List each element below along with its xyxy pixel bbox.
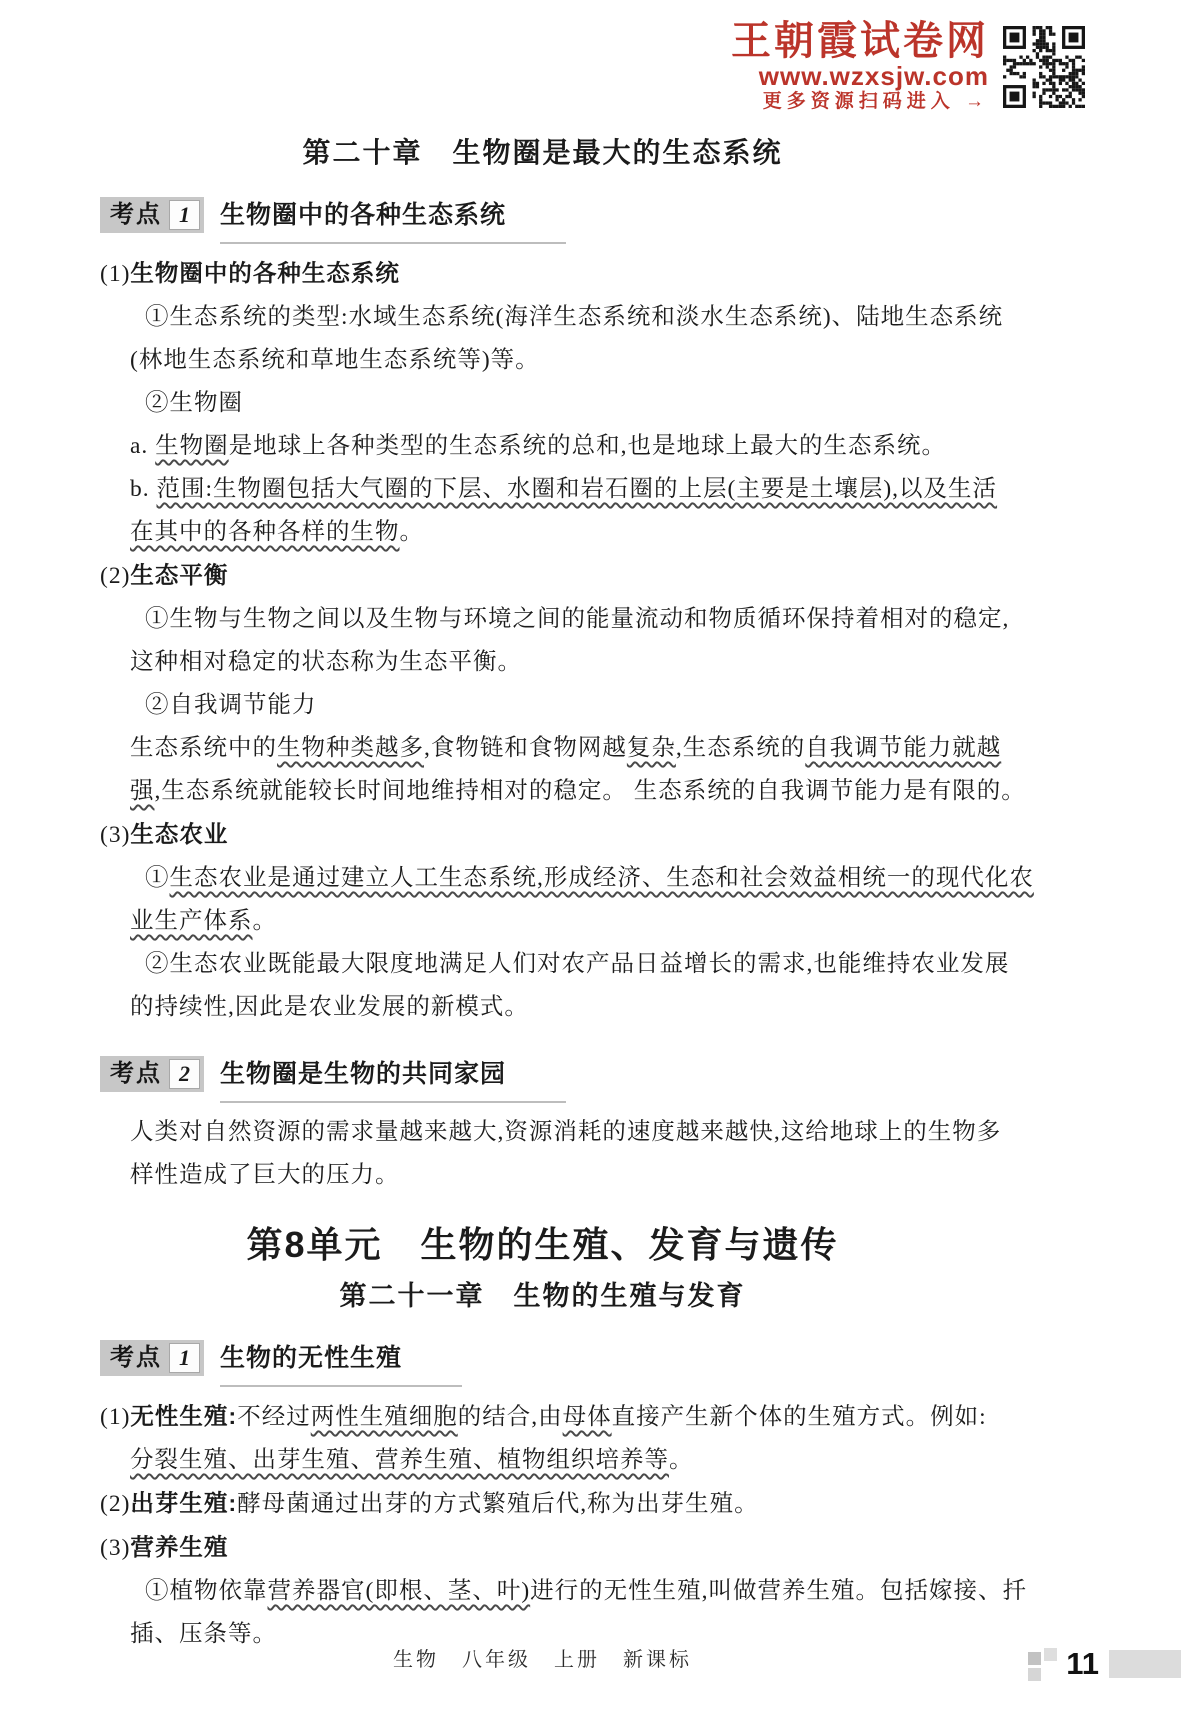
exam-point-badge: 考点1 [100, 1340, 204, 1376]
text-line: ②自我调节能力 [100, 684, 1085, 727]
exam-point-badge: 考点1 [100, 197, 204, 233]
text-segment: ②自我调节能力 [145, 692, 317, 718]
exam-point-number: 1 [169, 1343, 200, 1373]
text-segment: 。 [669, 1447, 694, 1473]
exam-point-badge: 考点2 [100, 1056, 204, 1092]
page-number-cluster: 11 [1028, 1646, 1181, 1682]
text-line: 分裂生殖、出芽生殖、营养生殖、植物组织培养等。 [100, 1439, 1085, 1482]
chapter-title: 第二十章 生物圈是最大的生态系统 [100, 136, 985, 170]
text-segment: ,食物链和食物网越 [424, 735, 627, 761]
exam-point-label: 考点 [110, 1059, 162, 1089]
corner-squares-deco [1028, 1648, 1060, 1680]
text-line: 样性造成了巨大的压力。 [100, 1154, 1085, 1197]
exam-point-number: 2 [169, 1059, 200, 1089]
text-segment: ① [145, 865, 170, 891]
text-line: ①生物与生物之间以及生物与环境之间的能量流动和物质循环保持着相对的稳定, [100, 598, 1085, 641]
exam-point-number: 1 [169, 200, 200, 230]
text-line: ②生物圈 [100, 382, 1085, 425]
text-segment: ①生态系统的类型:水域生态系统(海洋生态系统和淡水生态系统)、陆地生态系统 [145, 304, 1003, 330]
text-line: 生态系统中的生物种类越多,食物链和食物网越复杂,生态系统的自我调节能力就越 [100, 727, 1085, 770]
text-segment: 直接产生新个体的生殖方式。例如: [612, 1404, 987, 1430]
text-segment: 业生产体系 [130, 908, 253, 934]
exam-point-heading: 考点2生物圈是生物的共同家园 [100, 1055, 1085, 1103]
text-line: 这种相对稳定的状态称为生态平衡。 [100, 641, 1085, 684]
text-segment: ①植物依靠 [145, 1578, 268, 1604]
content: 第二十章 生物圈是最大的生态系统考点1生物圈中的各种生态系统(1)生物圈中的各种… [100, 136, 1085, 1656]
text-line: 在其中的各种各样的生物。 [100, 511, 1085, 554]
text-line: (3)营养生殖 [100, 1526, 1085, 1570]
text-segment: (林地生态系统和草地生态系统等)等。 [130, 347, 540, 373]
brand-block: 王朝霞试卷网 www.wzxsjw.com 更多资源扫码进入 → [731, 20, 989, 114]
text-line: 业生产体系。 [100, 900, 1085, 943]
text-line: (1)生物圈中的各种生态系统 [100, 252, 1085, 296]
text-segment: 生态平衡 [130, 562, 228, 588]
text-segment: 营养生殖 [130, 1534, 228, 1560]
text-segment: 。 [400, 519, 425, 545]
text-line: ①植物依靠营养器官(即根、茎、叶)进行的无性生殖,叫做营养生殖。包括嫁接、扦 [100, 1570, 1085, 1613]
text-segment: 无性生殖: [130, 1403, 237, 1429]
text-line: 的持续性,因此是农业发展的新模式。 [100, 986, 1085, 1029]
text-segment: 这种相对稳定的状态称为生态平衡。 [130, 649, 522, 675]
text-segment: 母体 [563, 1404, 612, 1430]
text-segment: 进行的无性生殖,叫做营养生殖。包括嫁接、扦 [530, 1578, 1027, 1604]
text-line: (2)生态平衡 [100, 554, 1085, 598]
text-line: (林地生态系统和草地生态系统等)等。 [100, 339, 1085, 382]
text-segment: 。 [253, 908, 278, 934]
text-segment: 不经过 [237, 1404, 311, 1430]
text-segment: 复杂 [627, 735, 676, 761]
text-segment: (2) [100, 1491, 130, 1517]
text-segment: ,生态系统就能较长时间地维持相对的稳定。 生态系统的自我调节能力是有限的。 [155, 778, 1026, 804]
text-segment: ②生态农业既能最大限度地满足人们对农产品日益增长的需求,也能维持农业发展 [145, 951, 1009, 977]
text-segment: 是地球上各种类型的生态系统的总和,也是地球上最大的生态系统。 [229, 433, 946, 459]
text-segment: 强 [130, 778, 155, 804]
exam-point-heading: 考点1生物圈中的各种生态系统 [100, 196, 1085, 244]
footer-book-info: 生物 八年级 上册 新课标 [100, 1643, 985, 1672]
text-segment: (1) [100, 261, 130, 287]
text-line: ①生态农业是通过建立人工生态系统,形成经济、生态和社会效益相统一的现代化农 [100, 857, 1085, 900]
text-segment: (3) [100, 822, 130, 848]
text-segment: 生物圈 [155, 433, 229, 459]
text-line: b. 范围:生物圈包括大气圈的下层、水圈和岩石圈的上层(主要是土壤层),以及生活 [100, 468, 1085, 511]
text-segment: 范围:生物圈包括大气圈的下层、水圈和岩石圈的上层(主要是土壤层),以及生活 [157, 476, 998, 502]
exam-point-title: 生物圈中的各种生态系统 [220, 196, 566, 244]
text-segment: 生态农业 [130, 821, 228, 847]
text-segment: 出芽生殖: [130, 1490, 237, 1516]
page: 王朝霞试卷网 www.wzxsjw.com 更多资源扫码进入 → 第二十章 生物… [0, 0, 1181, 1730]
text-segment: (1) [100, 1404, 130, 1430]
text-segment: 自我调节能力就越 [805, 735, 1001, 761]
page-number: 11 [1066, 1646, 1099, 1682]
text-segment: 的结合,由 [458, 1404, 563, 1430]
text-segment: 人类对自然资源的需求量越来越大,资源消耗的速度越来越快,这给地球上的生物多 [130, 1119, 1001, 1145]
text-segment: (2) [100, 563, 130, 589]
deco-square [1044, 1648, 1057, 1661]
site-header: 王朝霞试卷网 www.wzxsjw.com 更多资源扫码进入 → [100, 0, 1085, 112]
text-segment: 酵母菌通过出芽的方式繁殖后代,称为出芽生殖。 [237, 1491, 758, 1517]
exam-point-heading: 考点1生物的无性生殖 [100, 1339, 1085, 1387]
text-segment: 生物圈中的各种生态系统 [130, 260, 400, 286]
text-line: ②生态农业既能最大限度地满足人们对农产品日益增长的需求,也能维持农业发展 [100, 943, 1085, 986]
unit-title: 第8单元 生物的生殖、发育与遗传 [100, 1223, 985, 1267]
text-segment: 营养器官(即根、茎、叶) [268, 1578, 531, 1604]
text-segment: b. [130, 476, 157, 502]
qr-code-icon [1003, 26, 1085, 108]
deco-square [1028, 1652, 1041, 1665]
text-line: (1)无性生殖:不经过两性生殖细胞的结合,由母体直接产生新个体的生殖方式。例如: [100, 1395, 1085, 1439]
text-segment: 两性生殖细胞 [311, 1404, 458, 1430]
text-segment: 生态系统中的 [130, 735, 277, 761]
text-line: (3)生态农业 [100, 813, 1085, 857]
deco-square [1028, 1668, 1041, 1681]
exam-point-title: 生物的无性生殖 [220, 1339, 462, 1387]
text-segment: 样性造成了巨大的压力。 [130, 1162, 400, 1188]
text-line: 人类对自然资源的需求量越来越大,资源消耗的速度越来越快,这给地球上的生物多 [100, 1111, 1085, 1154]
exam-point-label: 考点 [110, 200, 162, 230]
brand-url: www.wzxsjw.com [731, 62, 989, 90]
text-segment: 生态农业是通过建立人工生态系统,形成经济、生态和社会效益相统一的现代化农 [170, 865, 1034, 891]
brand-title: 王朝霞试卷网 [731, 20, 989, 62]
text-line: a. 生物圈是地球上各种类型的生态系统的总和,也是地球上最大的生态系统。 [100, 425, 1085, 468]
text-segment: a. [130, 433, 155, 459]
text-segment: (3) [100, 1535, 130, 1561]
text-line: ①生态系统的类型:水域生态系统(海洋生态系统和淡水生态系统)、陆地生态系统 [100, 296, 1085, 339]
text-segment: 生物种类越多 [277, 735, 424, 761]
text-line: 强,生态系统就能较长时间地维持相对的稳定。 生态系统的自我调节能力是有限的。 [100, 770, 1085, 813]
text-segment: 在其中的各种各样的生物 [130, 519, 400, 545]
text-segment: 分裂生殖、出芽生殖、营养生殖、植物组织培养等 [130, 1447, 669, 1473]
text-line: (2)出芽生殖:酵母菌通过出芽的方式繁殖后代,称为出芽生殖。 [100, 1482, 1085, 1526]
exam-point-label: 考点 [110, 1343, 162, 1373]
chapter-title: 第二十一章 生物的生殖与发育 [100, 1279, 985, 1313]
text-segment: 的持续性,因此是农业发展的新模式。 [130, 994, 529, 1020]
text-segment: ①生物与生物之间以及生物与环境之间的能量流动和物质循环保持着相对的稳定, [145, 606, 1009, 632]
footer-bar [1109, 1650, 1181, 1678]
exam-point-title: 生物圈是生物的共同家园 [220, 1055, 566, 1103]
text-segment: ②生物圈 [145, 390, 243, 416]
text-segment: ,生态系统的 [676, 735, 805, 761]
brand-tagline: 更多资源扫码进入 → [731, 90, 989, 114]
